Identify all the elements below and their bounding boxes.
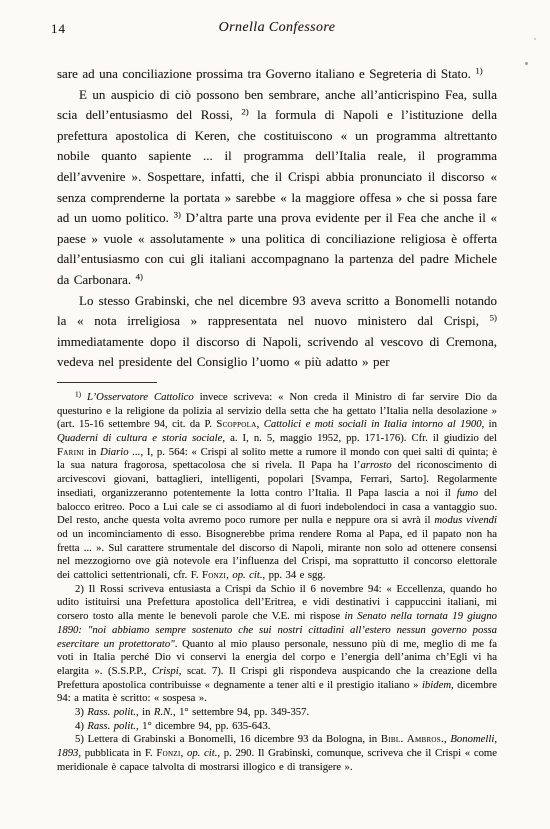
footnote-2: 2) Il Rossi scriveva entusiasta a Crispi… [57,583,497,706]
body-paragraph-3: Lo stesso Grabinski, che nel dicembre 93… [57,291,497,373]
footnote-4: 4) Rass. polit., 1° dicembre 94, pp. 635… [57,720,497,734]
scan-artifact [534,38,536,40]
footnote-separator-rule [57,382,157,383]
page-header: 14 Ornella Confessore [57,20,497,38]
body-text: sare ad una conciliazione prossima tra G… [57,64,497,373]
body-paragraph-1: sare ad una conciliazione prossima tra G… [57,64,497,85]
scanned-page: 14 Ornella Confessore sare ad una concil… [0,0,550,829]
body-paragraph-2: E un auspicio di ciò possono ben sembrar… [57,85,497,291]
footnote-3: 3) Rass. polit., in R.N., 1° settembre 9… [57,706,497,720]
scan-artifact [525,62,528,65]
footnote-5: 5) Lettera di Grabinski a Bonomelli, 16 … [57,733,497,774]
footnote-1: 1) L’Osservatore Cattolico invece scrive… [57,391,497,583]
page-number: 14 [51,21,66,37]
running-title: Ornella Confessore [57,20,497,36]
footnotes-block: 1) L’Osservatore Cattolico invece scrive… [57,391,497,775]
